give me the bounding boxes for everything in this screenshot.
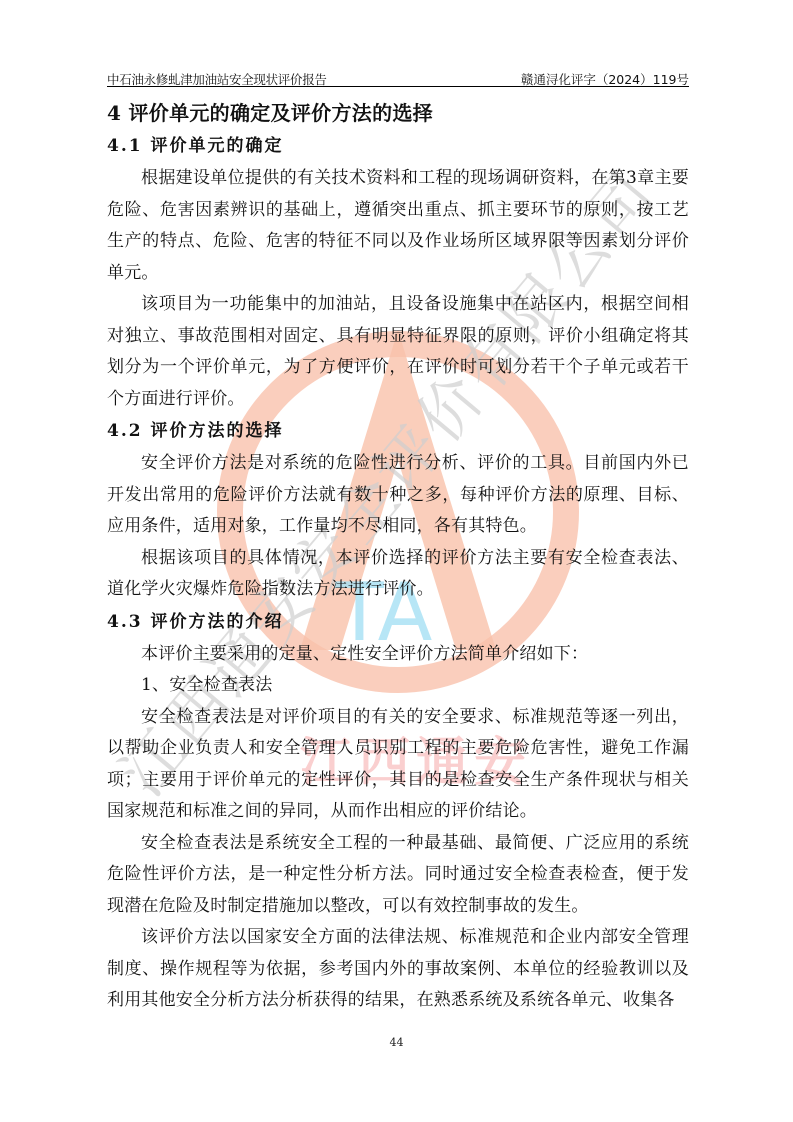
page-number: 44 [0,1036,793,1049]
chapter-title: 4 评价单元的确定及评价方法的选择 [107,96,689,130]
paragraph: 本评价主要采用的定量、定性安全评价方法简单介绍如下： [107,639,689,671]
list-item-heading: 1、安全检查表法 [107,670,689,702]
section-title-4-1: 4.1 评价单元的确定 [107,130,689,163]
section-title-4-2: 4.2 评价方法的选择 [107,415,689,448]
running-header: 中石油永修虬津加油站安全现状评价报告 赣通浔化评字（2024）119号 [107,67,689,85]
paragraph: 根据建设单位提供的有关技术资料和工程的现场调研资料，在第3章主要危险、危害因素辨… [107,163,689,289]
paragraph: 该项目为一功能集中的加油站，且设备设施集中在站区内，根据空间相对独立、事故范围相… [107,289,689,415]
paragraph: 安全检查表法是系统安全工程的一种最基础、最简便、广泛应用的系统危险性评价方法，是… [107,828,689,923]
paragraph: 安全检查表法是对评价项目的有关的安全要求、标准规范等逐一列出，以帮助企业负责人和… [107,702,689,828]
paragraph: 安全评价方法是对系统的危险性进行分析、评价的工具。目前国内外已开发出常用的危险评… [107,448,689,543]
paragraph: 根据该项目的具体情况，本评价选择的评价方法主要有安全检查表法、道化学火灾爆炸危险… [107,543,689,606]
document-page: TA 江西通安 江西通安安全评价有限公司 中石油永修虬津加油站安全现状评价报告 … [0,0,793,1122]
section-title-4-3: 4.3 评价方法的介绍 [107,606,689,639]
paragraph: 该评价方法以国家安全方面的法律法规、标准规范和企业内部安全管理制度、操作规程等为… [107,922,689,1017]
header-divider [107,86,689,87]
page-content: 4 评价单元的确定及评价方法的选择 4.1 评价单元的确定 根据建设单位提供的有… [107,96,689,1017]
